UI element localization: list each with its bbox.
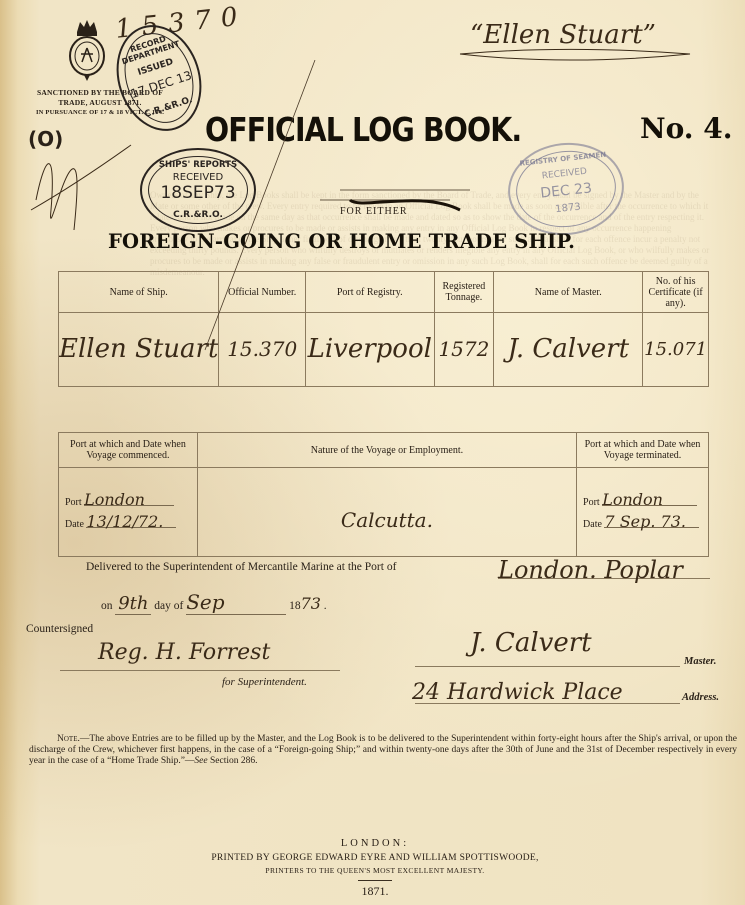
year-handwritten: 73 [301,594,321,613]
cell-master-name: J. Calvert [494,313,643,387]
header-voyage-commenced: Port at which and Date when Voyage comme… [59,433,198,468]
imprint-royal: PRINTERS TO THE QUEEN'S MOST EXCELLENT M… [150,866,600,875]
imprint-printer: PRINTED BY GEORGE EDWARD EYRE AND WILLIA… [150,853,600,863]
master-line [415,666,680,667]
cell-port-of-registry: Liverpool [305,313,434,387]
table-header-row: Name of Ship. Official Number. Port of R… [59,272,709,313]
ship-details-table: Name of Ship. Official Number. Port of R… [58,271,709,387]
superintendent-line [60,670,340,671]
date-label: Date [65,519,84,530]
master-label: Master. [684,656,716,667]
cell-registered-tonnage: 1572 [434,313,494,387]
delivery-month: Sep [186,590,286,615]
cell-ship-name: Ellen Stuart [59,313,219,387]
on-label: on [101,600,113,612]
book-number: No. 4. [640,112,733,145]
imprint-year: 1871. [150,884,600,899]
address-handwritten: 24 Hardwick Place [412,680,623,705]
table-row: Port London Date 13/12/72. Calcutta. Por… [59,468,709,557]
header-voyage-nature: Nature of the Voyage or Employment. [197,433,576,468]
cell-terminated: Port London Date 7 Sep. 73. [577,468,709,557]
day-of-label: day of [154,600,183,612]
header-voyage-terminated: Port at which and Date when Voyage termi… [577,433,709,468]
ink-flourish-icon [300,160,480,230]
imprint-rule [358,880,392,881]
voyage-details-table: Port at which and Date when Voyage comme… [58,432,709,557]
header-registered-tonnage: Registered Tonnage. [434,272,494,313]
cell-certificate-number: 15.071 [643,313,709,387]
log-book-page: Owners of any Ship, the Log Books shall … [0,0,745,905]
for-either-label: FOR EITHER [340,206,408,217]
printer-imprint: LONDON: PRINTED BY GEORGE EDWARD EYRE AN… [150,838,600,899]
delivery-day: 9th [115,593,151,615]
port-label: Port [65,497,82,508]
voyage-nature: Calcutta. [341,508,433,532]
header-name-of-ship: Name of Ship. [59,272,219,313]
royal-crest-icon [68,18,106,82]
year-printed: 18 [289,600,301,612]
delivery-port-handwritten: London. Poplar [498,556,708,584]
table-header-row: Port at which and Date when Voyage comme… [59,433,709,468]
header-name-of-master: Name of Master. [494,272,643,313]
superintendent-label: for Superintendent. [222,676,307,688]
cell-nature: Calcutta. [197,468,576,557]
note-lead: Note. [57,734,80,744]
note-see: See [194,756,207,766]
commenced-port: London [84,494,174,506]
page-subtitle: FOREIGN-GOING OR HOME TRADE SHIP. [108,230,575,253]
commenced-date: 13/12/72. [86,516,176,528]
address-label: Address. [682,692,719,703]
cell-commenced: Port London Date 13/12/72. [59,468,198,557]
footnote: Note.—The above Entries are to be filled… [29,734,737,767]
note-section: Section 286. [210,756,258,766]
terminated-date: 7 Sep. 73. [604,516,699,528]
pencil-line-icon [200,60,320,360]
ship-name-header: “Ellen Stuart” [470,20,656,50]
delivery-statement: Delivered to the Superintendent of Merca… [86,561,396,573]
header-certificate-number: No. of his Certificate (if any). [643,272,709,313]
countersigned-label: Countersigned [26,623,93,635]
superintendent-signature: Reg. H. Forrest [98,640,270,665]
delivery-date-line: on 9th day of Sep 1873 . [101,590,327,615]
note-text: —The above Entries are to be filled up b… [29,734,737,766]
terminated-port: London [602,494,697,506]
date-label: Date [583,519,602,530]
header-port-of-registry: Port of Registry. [305,272,434,313]
table-row: Ellen Stuart 15.370 Liverpool 1572 J. Ca… [59,313,709,387]
port-label: Port [583,497,600,508]
master-signature: J. Calvert [470,628,592,658]
imprint-city: LONDON: [150,838,600,849]
